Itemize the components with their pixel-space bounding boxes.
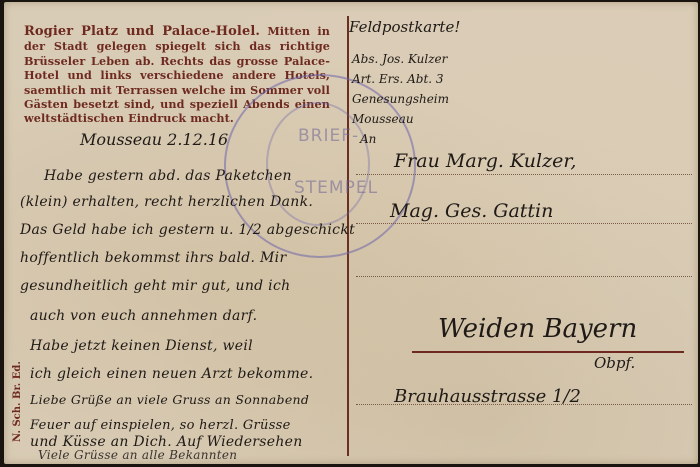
message-line: gesundheitlich geht mir gut, und ich xyxy=(20,278,290,294)
city-underline xyxy=(412,351,684,353)
message-place-date: Mousseau 2.12.16 xyxy=(80,130,228,149)
message-line: (klein) erhalten, recht herzlichen Dank. xyxy=(20,194,313,210)
recipient-name: Frau Marg. Kulzer, xyxy=(394,150,576,172)
sender-line-2: Art. Ers. Abt. 3 xyxy=(352,72,444,86)
sender-line-4: Mousseau xyxy=(352,112,414,126)
sender-heading: Feldpostkarte! xyxy=(349,18,460,36)
postmark-text-line1: BRIEF- xyxy=(298,126,359,146)
message-line: Habe gestern abd. das Paketchen xyxy=(44,168,292,184)
caption-title: Rogier Platz und Palace-Holel. xyxy=(24,24,260,39)
message-line: Das Geld habe ich gestern u. 1/2 abgesch… xyxy=(20,222,355,238)
sender-line-3: Genesungsheim xyxy=(352,92,449,106)
recipient-region: Obpf. xyxy=(594,354,635,372)
postcard-back: Rogier Platz und Palace-Holel. Mitten in… xyxy=(4,2,698,464)
message-line: Liebe Grüße an viele Gruss an Sonnabend xyxy=(30,392,309,407)
message-line: hoffentlich bekommst ihrs bald. Mir xyxy=(20,250,286,266)
address-line-1 xyxy=(356,174,692,175)
address-line-3 xyxy=(356,276,692,277)
sender-to: An xyxy=(360,132,376,146)
recipient-line2: Mag. Ges. Gattin xyxy=(390,200,553,222)
message-line: auch von euch annehmen darf. xyxy=(30,308,257,324)
address-line-2 xyxy=(356,223,692,224)
sender-line-1: Abs. Jos. Kulzer xyxy=(352,52,447,66)
recipient-city: Weiden Bayern xyxy=(438,314,637,344)
message-line: Viele Grüsse an alle Bekannten xyxy=(38,448,237,462)
publisher-mark: N. Sch. Br. Ed. xyxy=(12,361,23,442)
message-line: Feuer auf einspielen, so herzl. Grüsse xyxy=(30,418,291,433)
recipient-street: Brauhausstrasse 1/2 xyxy=(394,386,581,407)
message-line: ich gleich einen neuen Arzt bekomme. xyxy=(30,366,313,382)
message-line: Habe jetzt keinen Dienst, weil xyxy=(30,338,253,354)
